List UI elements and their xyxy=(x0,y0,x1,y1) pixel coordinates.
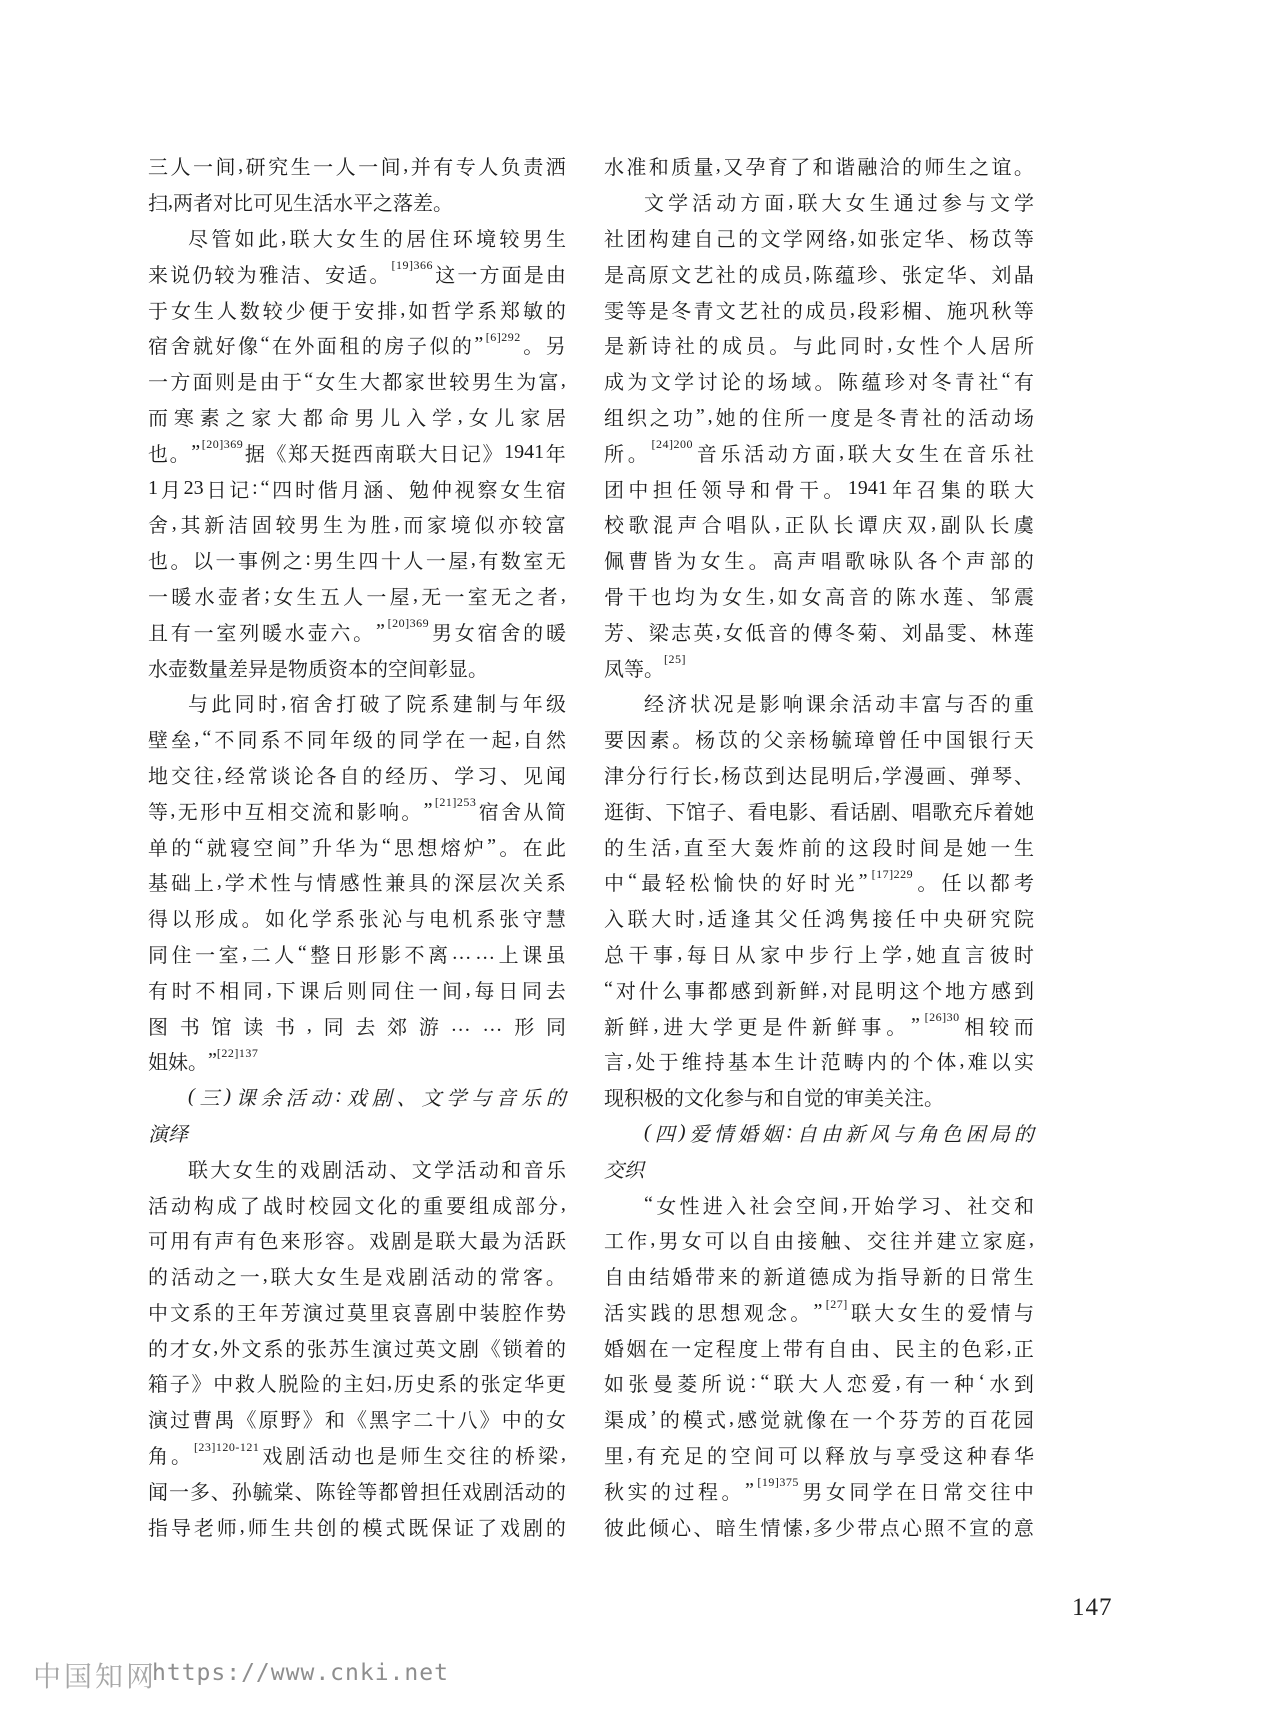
text-line: 现积极的文化参与和自觉的审美关注。 xyxy=(604,1079,1034,1115)
text-line: 与此同时,宿舍打破了院系建制与年级 xyxy=(148,685,566,721)
text-line: 地交往,经常谈论各自的经历、学习、见闻 xyxy=(148,757,566,793)
text-line: 总干事,每日从家中步行上学,她直言彼时 xyxy=(604,936,1034,972)
citation-superscript: [22]137 xyxy=(217,1047,259,1059)
text-line: 的才女,外文系的张苏生演过英文剧《锁着的 xyxy=(148,1329,566,1365)
text-line: 彼此倾心、暗生情愫,多少带点心照不宣的意 xyxy=(604,1508,1034,1544)
text-line: 联大女生的戏剧活动、文学活动和音乐 xyxy=(148,1150,566,1186)
citation-superscript: [23]120-121 xyxy=(194,1441,260,1453)
text-line: 的活动之一,联大女生是戏剧活动的常客。 xyxy=(148,1258,566,1294)
cnki-watermark-url: https://www.cnki.net xyxy=(152,1660,449,1686)
text-line: 佩曹皆为女生。高声唱歌咏队各个声部的 xyxy=(604,542,1034,578)
text-line: 箱子》中救人脱险的主妇,历史系的张定华更 xyxy=(148,1365,566,1401)
text-line: 是新诗社的成员。与此同时,女性个人居所 xyxy=(604,327,1034,363)
text-line: 图书馆读书,同去郊游……形同 xyxy=(148,1007,566,1043)
citation-superscript: [27] xyxy=(826,1298,848,1310)
text-line: 所。[24]200音乐活动方面,联大女生在音乐社 xyxy=(604,434,1034,470)
section-heading-line: (三)课余活动:戏剧、文学与音乐的 xyxy=(148,1079,566,1115)
text-line: 言,处于维持基本生计范畴内的个体,难以实 xyxy=(604,1043,1034,1079)
text-line: 水准和质量,又孕育了和谐融洽的师生之谊。 xyxy=(604,148,1034,184)
text-line: 有时不相同,下课后则同住一间,每日同去 xyxy=(148,971,566,1007)
citation-superscript: [25] xyxy=(664,653,686,665)
citation-superscript: [20]369 xyxy=(388,617,430,629)
text-line: 新鲜,进大学更是件新鲜事。”[26]30相较而 xyxy=(604,1007,1034,1043)
citation-superscript: [19]366 xyxy=(392,259,434,271)
text-line: 里,有充足的空间可以释放与享受这种春华 xyxy=(604,1437,1034,1473)
text-line: 1月23日记:“四时偕月涵、勉仲视察女生宿 xyxy=(148,470,566,506)
text-line: 团中担任领导和骨干。1941年召集的联大 xyxy=(604,470,1034,506)
text-line: 的生活,直至大轰炸前的这段时间是她一生 xyxy=(604,828,1034,864)
page-number: 147 xyxy=(1072,1594,1113,1622)
text-line: 一方面则是由于“女生大都家世较男生为富, xyxy=(148,363,566,399)
text-line: 于女生人数较少便于安排,如哲学系郑敏的 xyxy=(148,291,566,327)
text-line: 一暖水壶者;女生五人一屋,无一室无之者, xyxy=(148,578,566,614)
text-line: 活实践的思想观念。”[27]联大女生的爱情与 xyxy=(604,1294,1034,1330)
text-line: 等,无形中互相交流和影响。”[21]253宿舍从简 xyxy=(148,792,566,828)
text-line: 骨干也均为女生,如女高音的陈水莲、邹震 xyxy=(604,578,1034,614)
text-line: 而寒素之家大都命男儿入学,女儿家居 xyxy=(148,399,566,435)
text-line: 可用有声有色来形容。戏剧是联大最为活跃 xyxy=(148,1222,566,1258)
text-line: 成为文学讨论的场域。陈蕴珍对冬青社“有 xyxy=(604,363,1034,399)
text-line: 雯等是冬青文艺社的成员,段彩楣、施巩秋等 xyxy=(604,291,1034,327)
text-line: 中“最轻松愉快的好时光”[17]229。任以都考 xyxy=(604,864,1034,900)
text-line: 婚姻在一定程度上带有自由、民主的色彩,正 xyxy=(604,1329,1034,1365)
right-column: 水准和质量,又孕育了和谐融洽的师生之谊。文学活动方面,联大女生通过参与文学社团构… xyxy=(604,148,1034,1544)
text-line: 秋实的过程。”[19]375男女同学在日常交往中 xyxy=(604,1472,1034,1508)
text-line: 指导老师,师生共创的模式既保证了戏剧的 xyxy=(148,1508,566,1544)
text-line: “对什么事都感到新鲜,对昆明这个地方感到 xyxy=(604,971,1034,1007)
text-line: 中文系的王年芳演过莫里哀喜剧中装腔作势 xyxy=(148,1294,566,1330)
text-line: 姐妹。”[22]137 xyxy=(148,1043,566,1079)
text-line: 工作,男女可以自由接触、交往并建立家庭, xyxy=(604,1222,1034,1258)
text-line: 津分行行长,杨苡到达昆明后,学漫画、弹琴、 xyxy=(604,757,1034,793)
text-line: 舍,其新洁固较男生为胜,而家境似亦较富 xyxy=(148,506,566,542)
text-line: 社团构建自己的文学网络,如张定华、杨苡等 xyxy=(604,220,1034,256)
text-line: 同住一室,二人“整日形影不离……上课虽 xyxy=(148,936,566,972)
text-line: 基础上,学术性与情感性兼具的深层次关系 xyxy=(148,864,566,900)
text-line: 要因素。杨苡的父亲杨毓璋曾任中国银行天 xyxy=(604,721,1034,757)
cnki-watermark-logo: 中国知网 xyxy=(33,1655,157,1695)
text-line: 来说仍较为雅洁、安适。[19]366这一方面是由 xyxy=(148,255,566,291)
document-page: 三人一间,研究生一人一间,并有专人负责洒扫,两者对比可见生活水平之落差。尽管如此… xyxy=(0,0,1280,1724)
citation-superscript: [17]229 xyxy=(872,868,914,880)
citation-superscript: [24]200 xyxy=(651,438,693,450)
citation-superscript: [20]369 xyxy=(202,438,244,450)
citation-superscript: [19]375 xyxy=(757,1476,799,1488)
text-line: 逛街、下馆子、看电影、看话剧、唱歌充斥着她 xyxy=(604,792,1034,828)
text-line: 活动构成了战时校园文化的重要组成部分, xyxy=(148,1186,566,1222)
text-line: 三人一间,研究生一人一间,并有专人负责洒 xyxy=(148,148,566,184)
text-line: 单的“就寝空间”升华为“思想熔炉”。在此 xyxy=(148,828,566,864)
text-line: 经济状况是影响课余活动丰富与否的重 xyxy=(604,685,1034,721)
text-line: 校歌混声合唱队,正队长谭庆双,副队长虞 xyxy=(604,506,1034,542)
text-line: 也。以一事例之:男生四十人一屋,有数室无 xyxy=(148,542,566,578)
section-heading-line: 交织 xyxy=(604,1150,1034,1186)
text-line: 扫,两者对比可见生活水平之落差。 xyxy=(148,184,566,220)
text-line: 芳、梁志英,女低音的傅冬菊、刘晶雯、林莲 xyxy=(604,613,1034,649)
text-line: 水壶数量差异是物质资本的空间彰显。 xyxy=(148,649,566,685)
citation-superscript: [26]30 xyxy=(925,1011,960,1023)
text-line: 得以形成。如化学系张沁与电机系张守慧 xyxy=(148,900,566,936)
text-line: 尽管如此,联大女生的居住环境较男生 xyxy=(148,220,566,256)
text-line: 渠成’的模式,感觉就像在一个芬芳的百花园 xyxy=(604,1401,1034,1437)
citation-superscript: [6]292 xyxy=(486,331,521,343)
text-line: 凤等。[25] xyxy=(604,649,1034,685)
text-line: 角。[23]120-121戏剧活动也是师生交往的桥梁, xyxy=(148,1437,566,1473)
text-line: 壁垒,“不同系不同年级的同学在一起,自然 xyxy=(148,721,566,757)
section-heading-line: (四)爱情婚姻:自由新风与角色困局的 xyxy=(604,1115,1034,1151)
text-line: 自由结婚带来的新道德成为指导新的日常生 xyxy=(604,1258,1034,1294)
left-column: 三人一间,研究生一人一间,并有专人负责洒扫,两者对比可见生活水平之落差。尽管如此… xyxy=(148,148,566,1544)
text-line: 闻一多、孙毓棠、陈铨等都曾担任戏剧活动的 xyxy=(148,1472,566,1508)
text-line: 入联大时,适逢其父任鸿隽接任中央研究院 xyxy=(604,900,1034,936)
text-line: 且有一室列暖水壶六。”[20]369男女宿舍的暖 xyxy=(148,613,566,649)
text-line: 也。”[20]369据《郑天挺西南联大日记》1941年 xyxy=(148,434,566,470)
text-line: 文学活动方面,联大女生通过参与文学 xyxy=(604,184,1034,220)
text-line: “女性进入社会空间,开始学习、社交和 xyxy=(604,1186,1034,1222)
text-line: 宿舍就好像“在外面租的房子似的”[6]292。另 xyxy=(148,327,566,363)
citation-superscript: [21]253 xyxy=(435,796,477,808)
text-line: 组织之功”,她的住所一度是冬青社的活动场 xyxy=(604,399,1034,435)
text-line: 是高原文艺社的成员,陈蕴珍、张定华、刘晶 xyxy=(604,255,1034,291)
text-line: 如张曼菱所说:“联大人恋爱,有一种‘水到 xyxy=(604,1365,1034,1401)
text-line: 演过曹禺《原野》和《黑字二十八》中的女 xyxy=(148,1401,566,1437)
section-heading-line: 演绎 xyxy=(148,1115,566,1151)
